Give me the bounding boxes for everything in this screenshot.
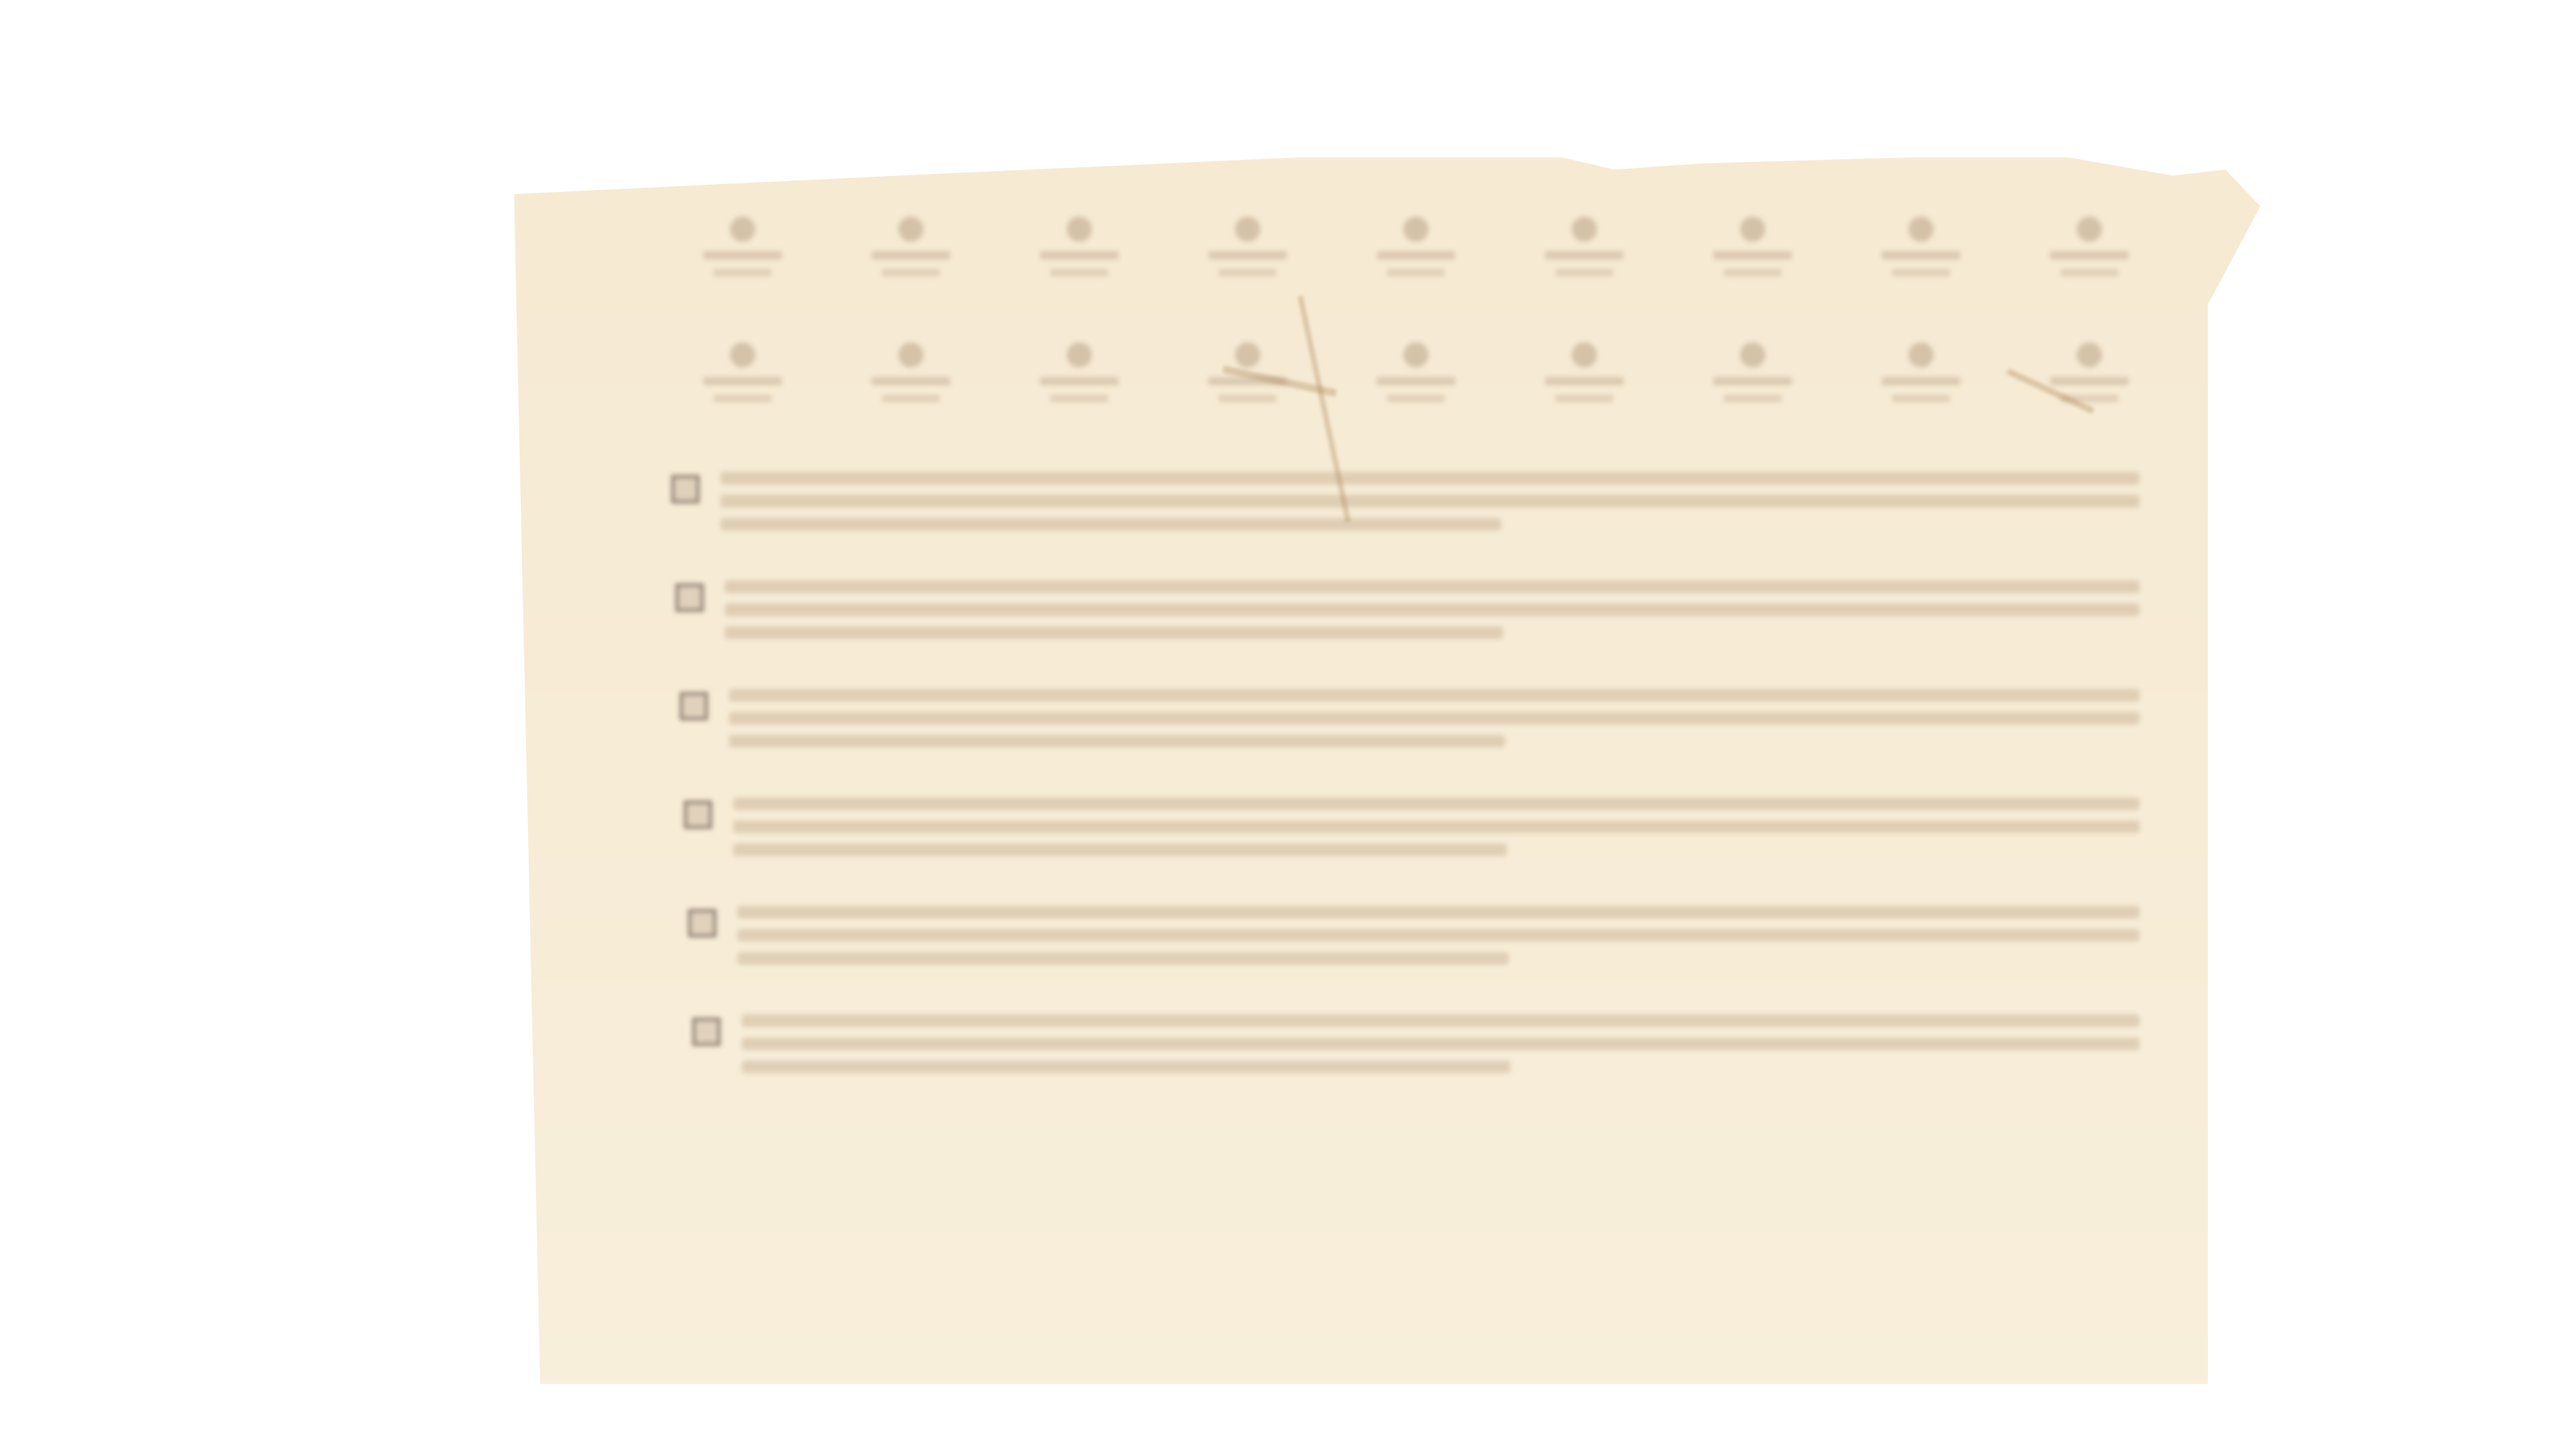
- symbol-cell: [829, 189, 992, 304]
- symbol-icon: [1572, 217, 1597, 242]
- symbol-caption-line: [1219, 269, 1276, 276]
- checkbox-icon: [684, 801, 712, 829]
- symbol-caption-line: [2060, 269, 2118, 276]
- symbol-cell: [997, 315, 1161, 430]
- text-line-placeholder: [733, 820, 2140, 833]
- text-line-placeholder: [725, 580, 2140, 593]
- symbol-icon: [730, 217, 755, 242]
- symbol-caption: [1377, 251, 1455, 260]
- text-line-placeholder: [737, 952, 1509, 965]
- text-line-placeholder: [742, 1061, 1510, 1073]
- text-line-placeholder: [729, 735, 1505, 748]
- symbol-icon: [1067, 342, 1092, 368]
- symbol-caption-line: [1892, 269, 1950, 276]
- item-text: [725, 580, 2140, 639]
- symbol-caption: [703, 251, 782, 260]
- item-text: [729, 689, 2140, 748]
- symbol-caption: [703, 377, 782, 385]
- symbol-caption-line: [882, 395, 940, 402]
- symbol-cell: [1503, 189, 1666, 304]
- symbol-caption-line: [1050, 395, 1108, 402]
- symbol-cell: [2008, 189, 2171, 304]
- symbol-icon: [1908, 342, 1934, 368]
- item-text: [733, 797, 2140, 856]
- item-text: [721, 472, 2140, 531]
- symbol-caption-line: [714, 269, 771, 276]
- text-line-placeholder: [721, 518, 1501, 531]
- text-line-placeholder: [742, 1038, 2140, 1050]
- text-line-placeholder: [721, 495, 2140, 507]
- symbol-caption-line: [1724, 269, 1781, 276]
- symbol-cell: [661, 189, 824, 304]
- text-line-placeholder: [737, 906, 2140, 919]
- symbol-icon: [898, 342, 924, 368]
- symbol-caption: [872, 251, 950, 260]
- checklist-item: [684, 797, 2140, 856]
- text-line-placeholder: [737, 929, 2140, 942]
- symbol-caption: [2050, 377, 2129, 385]
- symbol-caption-line: [2060, 395, 2118, 402]
- symbol-cell: [1334, 315, 1497, 430]
- symbol-cell: [829, 315, 992, 430]
- symbol-cell: [2008, 315, 2171, 430]
- checkbox-icon: [692, 1018, 721, 1046]
- symbol-cell: [1503, 315, 1666, 430]
- symbol-cell: [661, 315, 824, 430]
- checkbox-icon: [680, 692, 708, 720]
- checkbox-icon: [688, 909, 716, 937]
- symbol-caption: [1713, 377, 1792, 385]
- symbol-caption: [1713, 251, 1792, 260]
- checkbox-icon: [675, 584, 704, 612]
- text-line-placeholder: [733, 797, 2140, 810]
- symbol-caption: [1040, 251, 1119, 260]
- symbol-grid: [661, 189, 2171, 430]
- symbol-caption: [1545, 251, 1624, 260]
- checklist-item: [688, 906, 2140, 965]
- symbol-cell: [997, 189, 1161, 304]
- text-line-placeholder: [742, 1014, 2140, 1027]
- text-line-placeholder: [729, 712, 2140, 725]
- checkbox-icon: [671, 475, 700, 503]
- checklist: [671, 472, 2140, 1123]
- symbol-icon: [1572, 342, 1597, 368]
- symbol-cell: [1166, 189, 1329, 304]
- symbol-cell: [1840, 189, 2003, 304]
- symbol-caption: [1882, 377, 1960, 385]
- text-line-placeholder: [733, 844, 1507, 856]
- item-text: [742, 1014, 2140, 1073]
- symbol-icon: [1235, 342, 1260, 368]
- symbol-icon: [1235, 217, 1260, 242]
- symbol-caption-line: [882, 269, 940, 276]
- symbol-icon: [1403, 342, 1429, 368]
- symbol-icon: [1403, 217, 1429, 242]
- symbol-caption: [1377, 377, 1455, 385]
- symbol-icon: [2077, 217, 2102, 242]
- text-line-placeholder: [729, 689, 2140, 701]
- symbol-icon: [730, 342, 755, 368]
- symbol-icon: [1740, 342, 1765, 368]
- text-line-placeholder: [725, 603, 2140, 616]
- symbol-caption-line: [1219, 395, 1276, 402]
- symbol-icon: [1740, 217, 1765, 242]
- checklist-item: [675, 580, 2140, 639]
- symbol-caption-line: [1050, 269, 1108, 276]
- symbol-caption-line: [1387, 395, 1445, 402]
- symbol-caption: [1208, 377, 1287, 385]
- symbol-caption: [872, 377, 950, 385]
- symbol-caption: [1040, 377, 1119, 385]
- symbol-caption-line: [1555, 269, 1613, 276]
- symbol-caption-line: [1892, 395, 1950, 402]
- symbol-caption: [1208, 251, 1287, 260]
- checklist-item: [680, 689, 2140, 748]
- symbol-cell: [1334, 189, 1497, 304]
- symbol-icon: [898, 217, 924, 242]
- symbol-caption-line: [1724, 395, 1781, 402]
- text-line-placeholder: [721, 472, 2140, 484]
- symbol-cell: [1671, 315, 1834, 430]
- symbol-icon: [2077, 342, 2102, 368]
- symbol-icon: [1067, 217, 1092, 242]
- symbol-caption-line: [1387, 269, 1445, 276]
- symbol-icon: [1908, 217, 1934, 242]
- text-line-placeholder: [725, 627, 1503, 639]
- checklist-item: [692, 1014, 2140, 1073]
- item-text: [737, 906, 2140, 965]
- checklist-item: [671, 472, 2140, 531]
- symbol-caption: [1882, 251, 1960, 260]
- symbol-caption: [2050, 251, 2129, 260]
- symbol-cell: [1671, 189, 1834, 304]
- symbol-cell: [1166, 315, 1329, 430]
- symbol-caption-line: [1555, 395, 1613, 402]
- symbol-caption-line: [714, 395, 771, 402]
- symbol-caption: [1545, 377, 1624, 385]
- symbol-cell: [1840, 315, 2003, 430]
